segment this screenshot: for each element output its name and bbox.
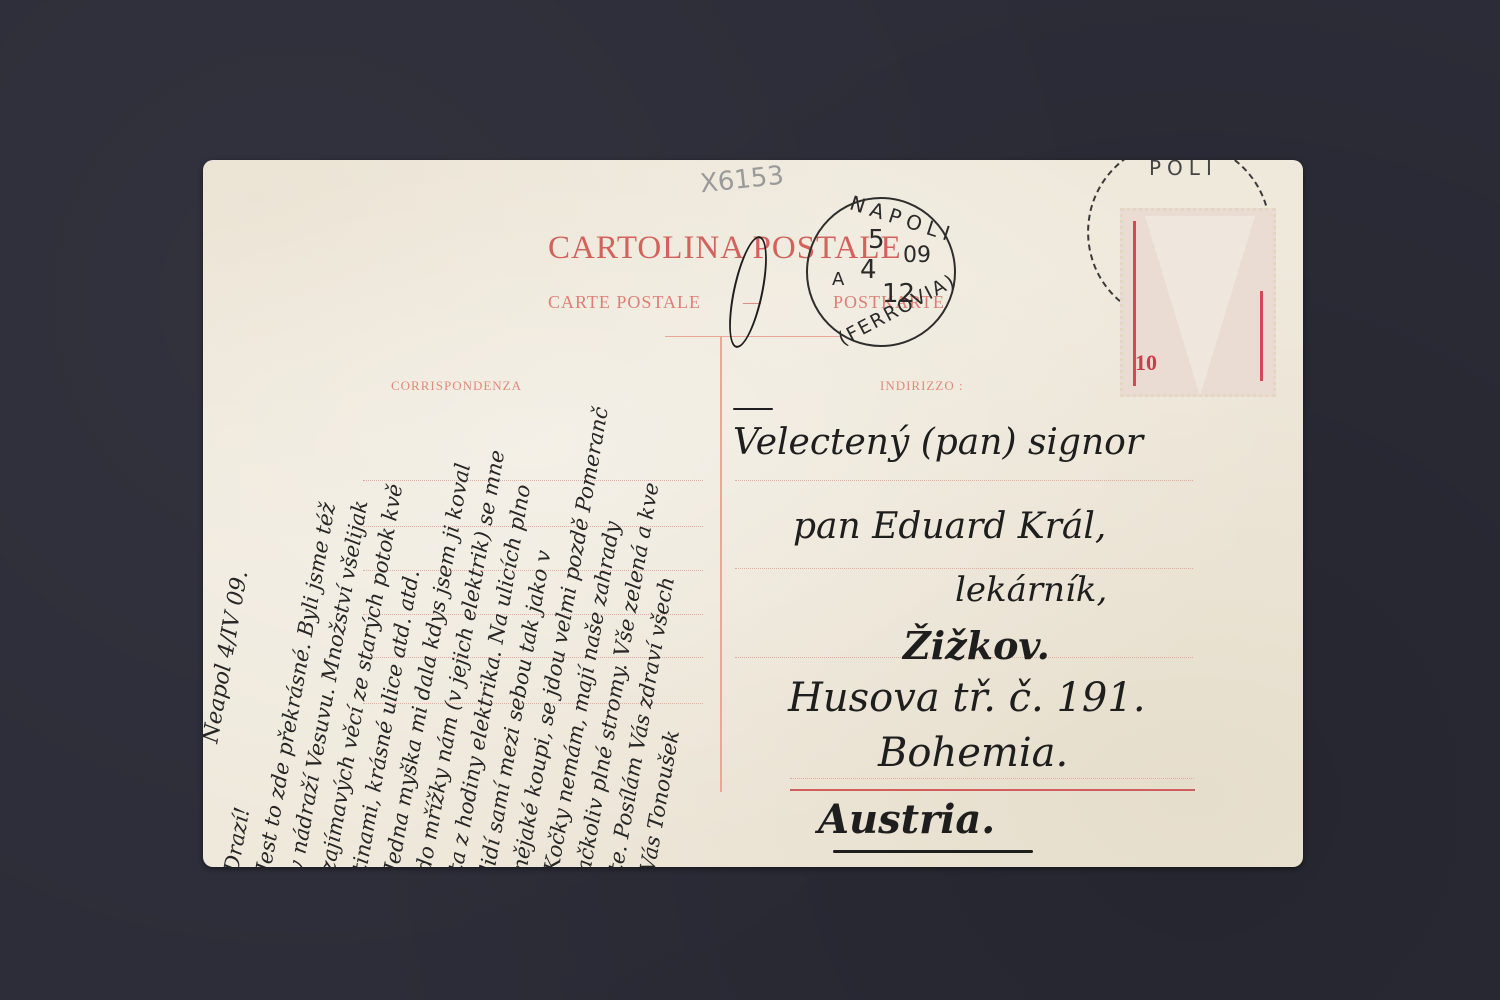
- address-line: lekárník,: [955, 570, 1107, 610]
- pencil-catalog-note: X6153: [699, 161, 786, 200]
- postmark-letter: A: [832, 269, 844, 290]
- postmark-city: NAPOLI: [847, 191, 959, 248]
- postmark-month: 4: [860, 257, 877, 283]
- stamp-torn-area: [1145, 216, 1255, 396]
- address-line: Žižkov.: [903, 623, 1050, 668]
- divider-top-rule: [665, 336, 841, 337]
- correspondence-label: CORRISPONDENZA: [391, 378, 522, 394]
- address-country: Austria.: [818, 796, 995, 843]
- address-line: pan Eduard Král,: [793, 506, 1106, 547]
- address-rule: [790, 778, 1194, 779]
- postmark-partial-text: POLI: [1149, 160, 1218, 180]
- address-line: Bohemia.: [878, 730, 1068, 776]
- address-line: Husova tř. č. 191.: [788, 675, 1146, 721]
- postmark-year: 09: [903, 243, 931, 269]
- address-rule: [735, 480, 1193, 481]
- postage-stamp-torn: 10: [1120, 208, 1276, 397]
- address-label: INDIRIZZO :: [880, 378, 964, 394]
- message-line: Drazí!: [219, 805, 254, 867]
- postmark-day: 5: [868, 227, 885, 253]
- postcard: X6153 CARTOLINA POSTALE CARTE POSTALE — …: [203, 160, 1303, 867]
- stamp-value: 10: [1135, 350, 1157, 376]
- address-start-stroke: [733, 408, 773, 410]
- message-rule: [363, 480, 703, 481]
- postmark-napoli: NAPOLI (FERROVIA) A 5 09 4 12: [806, 197, 956, 347]
- postmark-hour: 12: [882, 281, 915, 307]
- address-country-rule: [790, 789, 1195, 791]
- country-underline: [833, 850, 1033, 853]
- address-rule: [735, 568, 1193, 569]
- vertical-divider: [720, 336, 722, 792]
- message-dateline: Neapol 4/IV 09.: [203, 569, 253, 745]
- subtitle-french: CARTE POSTALE: [548, 292, 701, 313]
- address-line: Velectený (pan) signor: [733, 422, 1143, 463]
